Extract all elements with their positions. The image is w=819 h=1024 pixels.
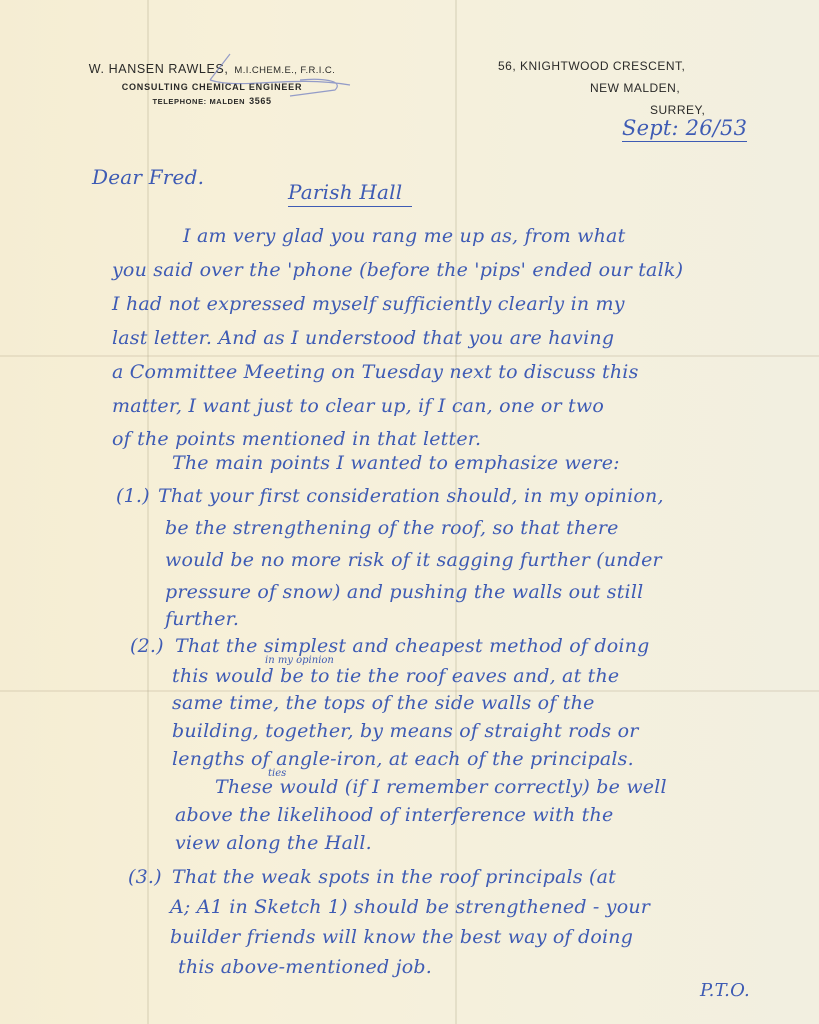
point-line: above the likelihood of interference wit… — [175, 804, 613, 826]
points-intro: The main points I wanted to emphasize we… — [172, 452, 620, 474]
point-line: builder friends will know the best way o… — [170, 926, 633, 948]
pen-scribble-icon — [150, 50, 360, 100]
point-line: would be no more risk of it sagging furt… — [165, 549, 662, 571]
point-line: lengths of angle-iron, at each of the pr… — [172, 748, 634, 770]
address-line-1: 56, KNIGHTWOOD CRESCENT, — [498, 55, 705, 77]
paragraph-line: you said over the 'phone (before the 'pi… — [112, 259, 683, 281]
paper-fold-line — [0, 355, 819, 357]
point-line: view along the Hall. — [175, 832, 372, 854]
point-line: this would be to tie the roof eaves and,… — [172, 665, 619, 687]
address-line-2: NEW MALDEN, — [498, 77, 705, 99]
sender-address: 56, KNIGHTWOOD CRESCENT, NEW MALDEN, SUR… — [498, 55, 705, 121]
please-turn-over: P.T.O. — [700, 980, 750, 1001]
paragraph-line: I am very glad you rang me up as, from w… — [183, 225, 625, 247]
point-line: That the weak spots in the roof principa… — [172, 866, 616, 888]
point-line: That the simplest and cheapest method of… — [175, 635, 649, 657]
point-line: building, together, by means of straight… — [172, 720, 639, 742]
paragraph-line: of the points mentioned in that letter. — [112, 428, 481, 450]
point-line: pressure of snow) and pushing the walls … — [165, 581, 643, 603]
paragraph-line: last letter. And as I understood that yo… — [112, 327, 614, 349]
point-line: A; A1 in Sketch 1) should be strengthene… — [170, 896, 650, 918]
letter-subject: Parish Hall — [288, 180, 412, 207]
point-number: (3.) — [128, 866, 162, 888]
paragraph-line: a Committee Meeting on Tuesday next to d… — [112, 361, 639, 383]
paragraph-line: matter, I want just to clear up, if I ca… — [112, 395, 604, 417]
point-line: These would (if I remember correctly) be… — [215, 776, 667, 798]
point-line: same time, the tops of the side walls of… — [172, 692, 595, 714]
point-line: this above-mentioned job. — [178, 956, 432, 978]
salutation: Dear Fred. — [92, 165, 204, 189]
letter-date: Sept: 26/53 — [622, 116, 747, 142]
point-line: further. — [165, 608, 239, 630]
point-number: (2.) — [130, 635, 164, 657]
point-number: (1.) — [116, 485, 150, 507]
paragraph-line: I had not expressed myself sufficiently … — [112, 293, 625, 315]
point-line: That your first consideration should, in… — [158, 485, 664, 507]
point-line: be the strengthening of the roof, so tha… — [165, 517, 619, 539]
